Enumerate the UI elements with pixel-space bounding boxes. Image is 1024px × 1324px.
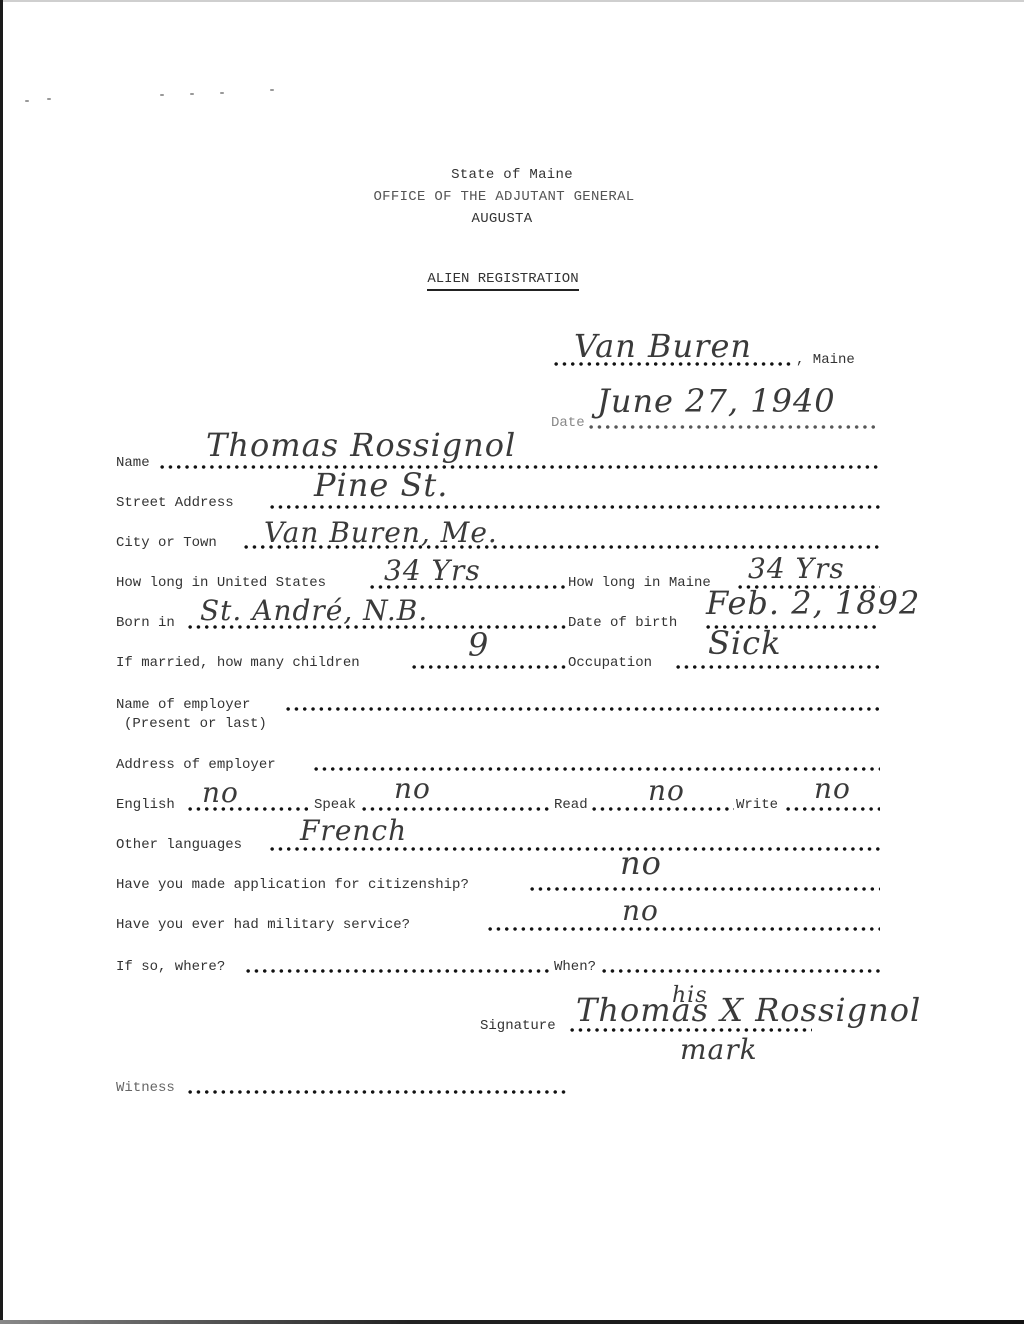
citizenship-handwriting: no: [620, 849, 662, 877]
dot-leader: [528, 887, 880, 891]
dot-leader: [587, 425, 879, 429]
dot-leader: [158, 465, 880, 469]
dot-leader: [312, 767, 880, 771]
children-handwriting: 9: [468, 631, 489, 659]
how-long-maine-label: How long in Maine: [568, 573, 711, 593]
scan-bottom-edge: [0, 1320, 1024, 1324]
when-label: When?: [554, 957, 596, 977]
read-label: Read: [554, 795, 588, 815]
date-of-birth-label: Date of birth: [568, 613, 677, 633]
witness-label: Witness: [116, 1078, 175, 1098]
dot-leader: [186, 1090, 566, 1094]
employer-address-label: Address of employer: [116, 755, 276, 775]
occupation-label: Occupation: [568, 653, 652, 673]
english-handwriting: no: [202, 779, 239, 807]
read-handwriting: no: [648, 777, 685, 805]
dot-leader: [268, 505, 880, 509]
how-long-us-label: How long in United States: [116, 573, 326, 593]
employer-name-label: Name of employer: [116, 695, 250, 715]
employer-name-field[interactable]: Name of employer: [116, 695, 880, 715]
employer-name-sublabel-row: (Present or last): [116, 714, 416, 734]
dot-leader[interactable]: [600, 969, 880, 973]
place-state-suffix: , Maine: [796, 350, 855, 370]
place-field[interactable]: , Maine Van Buren: [552, 350, 882, 370]
service-details-row: If so, where? When?: [116, 957, 880, 977]
city-label: City or Town: [116, 533, 217, 553]
date-handwriting: June 27, 1940: [597, 387, 836, 415]
family-row: If married, how many children 9 Occupati…: [116, 653, 880, 673]
date-label: Date: [551, 413, 585, 433]
military-service-label: Have you ever had military service?: [116, 915, 410, 935]
citizenship-field[interactable]: Have you made application for citizenshi…: [116, 875, 880, 895]
signature-field[interactable]: Signature his Thomas X Rossignol mark: [480, 1016, 950, 1036]
name-handwriting: Thomas Rossignol: [206, 431, 516, 459]
children-label: If married, how many children: [116, 653, 360, 673]
english-label: English: [116, 795, 175, 815]
dot-leader[interactable]: [410, 665, 566, 669]
write-label: Write: [736, 795, 778, 815]
where-label: If so, where?: [116, 957, 225, 977]
military-service-field[interactable]: Have you ever had military service? no: [116, 915, 880, 935]
city-handwriting: Van Buren, Me.: [264, 519, 498, 547]
born-in-label: Born in: [116, 613, 175, 633]
scan-artifact-marks: [25, 88, 285, 108]
language-row: English no Speak no Read no Write no: [116, 795, 880, 815]
dot-leader[interactable]: [244, 969, 552, 973]
letterhead-office: OFFICE OF THE ADJUTANT GENERAL: [0, 189, 1016, 205]
name-field[interactable]: Name Thomas Rossignol: [116, 453, 880, 473]
date-of-birth-handwriting: Feb. 2, 1892: [706, 589, 920, 617]
dot-leader[interactable]: [784, 807, 880, 811]
other-languages-label: Other languages: [116, 835, 242, 855]
employer-name-sublabel: (Present or last): [124, 714, 267, 734]
speak-handwriting: no: [394, 775, 431, 803]
other-languages-field[interactable]: Other languages French: [116, 835, 880, 855]
speak-label: Speak: [314, 795, 356, 815]
signature-mark-below: mark: [680, 1036, 758, 1064]
write-handwriting: no: [814, 775, 851, 803]
how-long-maine-handwriting: 34 Yrs: [748, 555, 845, 583]
form-title: ALIEN REGISTRATION: [0, 271, 1024, 291]
scan-top-edge: [0, 0, 1024, 2]
how-long-us-handwriting: 34 Yrs: [384, 557, 481, 585]
born-in-handwriting: St. André, N.B.: [200, 597, 428, 625]
dot-leader: [486, 927, 880, 931]
witness-field[interactable]: Witness: [116, 1078, 576, 1098]
name-label: Name: [116, 453, 150, 473]
signature-handwriting: Thomas X Rossignol: [576, 996, 921, 1024]
military-service-handwriting: no: [622, 897, 659, 925]
dot-leader[interactable]: [360, 807, 552, 811]
street-address-field[interactable]: Street Address Pine St.: [116, 493, 880, 513]
date-field[interactable]: Date June 27, 1940: [551, 413, 881, 433]
dot-leader[interactable]: [590, 807, 734, 811]
occupation-handwriting: Sick: [708, 629, 781, 657]
dot-leader[interactable]: [674, 665, 880, 669]
dot-leader: [284, 707, 880, 711]
letterhead-state: State of Maine: [0, 167, 1024, 183]
other-languages-handwriting: French: [300, 817, 407, 845]
street-address-handwriting: Pine St.: [314, 471, 448, 499]
place-town-handwriting: Van Buren: [574, 332, 752, 360]
letterhead-city: AUGUSTA: [0, 211, 1014, 227]
form-title-text: ALIEN REGISTRATION: [427, 271, 578, 291]
citizenship-label: Have you made application for citizenshi…: [116, 875, 469, 895]
city-field[interactable]: City or Town Van Buren, Me.: [116, 533, 880, 553]
signature-label: Signature: [480, 1016, 556, 1036]
dot-leader: [268, 847, 880, 851]
employer-address-field[interactable]: Address of employer: [116, 755, 880, 775]
street-address-label: Street Address: [116, 493, 234, 513]
